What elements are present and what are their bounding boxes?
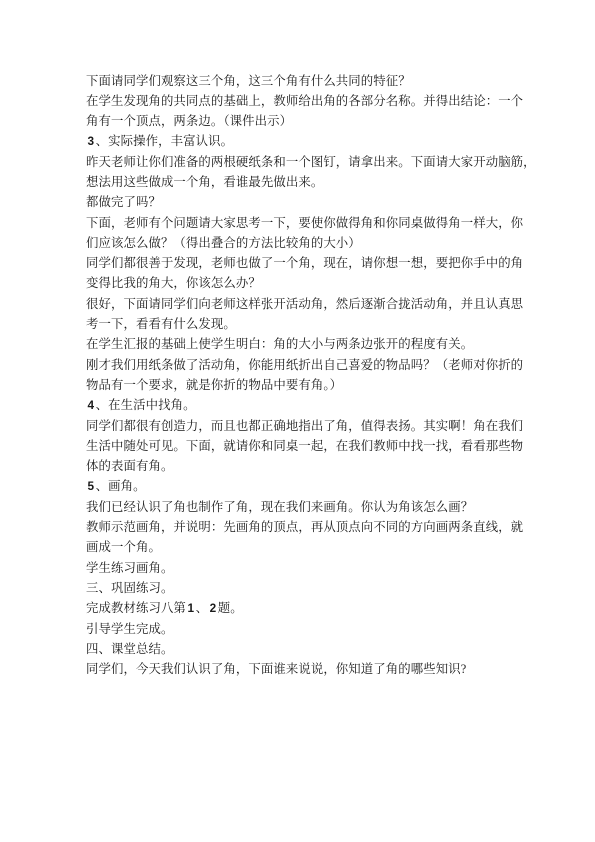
text-line-5: 昨天老师让你们准备的两根硬纸条和一个图钉，请拿出来。下面请大家开动脑筋， <box>86 152 522 172</box>
text-line-1: 下面请同学们观察这三个角，这三个角有什么共同的特征？ <box>86 71 522 91</box>
text-segment: 同学们，今天我们认识了角，下面谁来说说，你知道了角的哪些知识? <box>86 662 466 676</box>
text-segment: 、 <box>196 601 209 615</box>
text-line-14: 在学生汇报的基础上使学生明白：角的大小与两条边张开的程度有关。 <box>86 334 522 354</box>
text-segment: 、画角。 <box>96 479 146 493</box>
text-line-6: 想法用这些做成一个角，看谁最先做出来。 <box>86 172 522 192</box>
text-line-22: 我们已经认识了角也制作了角，现在我们来画角。你认为角该怎么画？ <box>86 497 522 517</box>
text-segment: 学生练习画角。 <box>86 561 173 575</box>
text-line-17: 4、在生活中找角。 <box>86 395 522 415</box>
text-line-7: 都做完了吗？ <box>86 192 522 212</box>
text-line-27: 完成教材练习八第1、2题。 <box>86 598 522 618</box>
text-segment: 很好，下面请同学们向老师这样张开活动角，然后逐渐合拢活动角，并且认真思 <box>86 297 523 311</box>
text-segment: 昨天老师让你们准备的两根硬纸条和一个图钉，请拿出来。下面请大家开动脑筋， <box>86 155 536 169</box>
text-segment: 考一下，看看有什么发现。 <box>86 317 236 331</box>
text-line-8: 下面，老师有个问题请大家思考一下，要使你做得角和你同桌做得角一样大，你 <box>86 213 522 233</box>
text-segment: 教师示范画角，并说明：先画角的顶点，再从顶点向不同的方向画两条直线，就 <box>86 520 523 534</box>
text-segment: 、实际操作，丰富认识。 <box>96 134 233 148</box>
text-line-4: 3、实际操作，丰富认识。 <box>86 131 522 151</box>
text-line-26: 三、巩固练习。 <box>86 578 522 598</box>
text-segment: 刚才我们用纸条做了活动角，你能用纸折出自己喜爱的物品吗？（老师对你折的 <box>86 358 523 372</box>
text-line-28: 引导学生完成。 <box>86 619 522 639</box>
text-line-16: 物品有一个要求，就是你折的物品中要有角。） <box>86 375 522 395</box>
text-segment: 想法用这些做成一个角，看谁最先做出来。 <box>86 175 323 189</box>
text-segment: 下面，老师有个问题请大家思考一下，要使你做得角和你同桌做得角一样大，你 <box>86 216 523 230</box>
text-line-23: 教师示范画角，并说明：先画角的顶点，再从顶点向不同的方向画两条直线，就 <box>86 517 522 537</box>
text-segment: 完成教材练习八第 <box>86 601 186 615</box>
text-segment: 们应该怎么做？（得出叠合的方法比较角的大小） <box>86 236 361 250</box>
text-segment: 同学们都很有创造力，而且也都正确地指出了角，值得表扬。其实啊！角在我们 <box>86 419 523 433</box>
text-segment: 画成一个角。 <box>86 540 161 554</box>
text-line-24: 画成一个角。 <box>86 537 522 557</box>
text-line-2: 在学生发现角的共同点的基础上，教师给出角的各部分名称。并得出结论：一个 <box>86 91 522 111</box>
text-segment: 物品有一个要求，就是你折的物品中要有角。） <box>86 378 342 392</box>
text-segment: 三、巩固练习。 <box>86 581 173 595</box>
text-line-12: 很好，下面请同学们向老师这样张开活动角，然后逐渐合拢活动角，并且认真思 <box>86 294 522 314</box>
bold-number: 2 <box>210 601 217 615</box>
text-line-13: 考一下，看看有什么发现。 <box>86 314 522 334</box>
text-line-3: 角有一个顶点，两条边。（课件出示） <box>86 111 522 131</box>
text-line-10: 同学们都很善于发现，老师也做了一个角，现在，请你想一想，要把你手中的角 <box>86 253 522 273</box>
text-segment: 角有一个顶点，两条边。（课件出示） <box>86 114 292 128</box>
text-line-29: 四、课堂总结。 <box>86 639 522 659</box>
document-page: 下面请同学们观察这三个角，这三个角有什么共同的特征？在学生发现角的共同点的基础上… <box>0 0 595 842</box>
text-line-21: 5、画角。 <box>86 476 522 496</box>
bold-number: 3 <box>88 134 95 148</box>
text-line-19: 生活中随处可见。下面，就请你和同桌一起，在我们教师中找一找，看看那些物 <box>86 436 522 456</box>
text-segment: 同学们都很善于发现，老师也做了一个角，现在，请你想一想，要把你手中的角 <box>86 256 523 270</box>
text-segment: 体的表面有角。 <box>86 459 173 473</box>
text-segment: 在学生发现角的共同点的基础上，教师给出角的各部分名称。并得出结论：一个 <box>86 94 523 108</box>
text-segment: 下面请同学们观察这三个角，这三个角有什么共同的特征？ <box>86 74 411 88</box>
bold-number: 4 <box>88 398 95 412</box>
text-segment: 题。 <box>218 601 243 615</box>
text-line-18: 同学们都很有创造力，而且也都正确地指出了角，值得表扬。其实啊！角在我们 <box>86 416 522 436</box>
text-line-30: 同学们，今天我们认识了角，下面谁来说说，你知道了角的哪些知识? <box>86 659 522 679</box>
text-line-15: 刚才我们用纸条做了活动角，你能用纸折出自己喜爱的物品吗？（老师对你折的 <box>86 355 522 375</box>
text-segment: 我们已经认识了角也制作了角，现在我们来画角。你认为角该怎么画？ <box>86 500 473 514</box>
text-segment: 在学生汇报的基础上使学生明白：角的大小与两条边张开的程度有关。 <box>86 337 473 351</box>
text-line-11: 变得比我的角大，你该怎么办？ <box>86 273 522 293</box>
bold-number: 5 <box>88 479 95 493</box>
bold-number: 1 <box>187 601 194 615</box>
text-line-9: 们应该怎么做？（得出叠合的方法比较角的大小） <box>86 233 522 253</box>
text-segment: 都做完了吗？ <box>86 195 161 209</box>
text-segment: 、在生活中找角。 <box>96 398 196 412</box>
text-segment: 变得比我的角大，你该怎么办？ <box>86 276 261 290</box>
document-body: 下面请同学们观察这三个角，这三个角有什么共同的特征？在学生发现角的共同点的基础上… <box>86 71 522 680</box>
text-segment: 引导学生完成。 <box>86 622 173 636</box>
text-segment: 四、课堂总结。 <box>86 642 173 656</box>
text-segment: 生活中随处可见。下面，就请你和同桌一起，在我们教师中找一找，看看那些物 <box>86 439 523 453</box>
text-line-20: 体的表面有角。 <box>86 456 522 476</box>
text-line-25: 学生练习画角。 <box>86 558 522 578</box>
